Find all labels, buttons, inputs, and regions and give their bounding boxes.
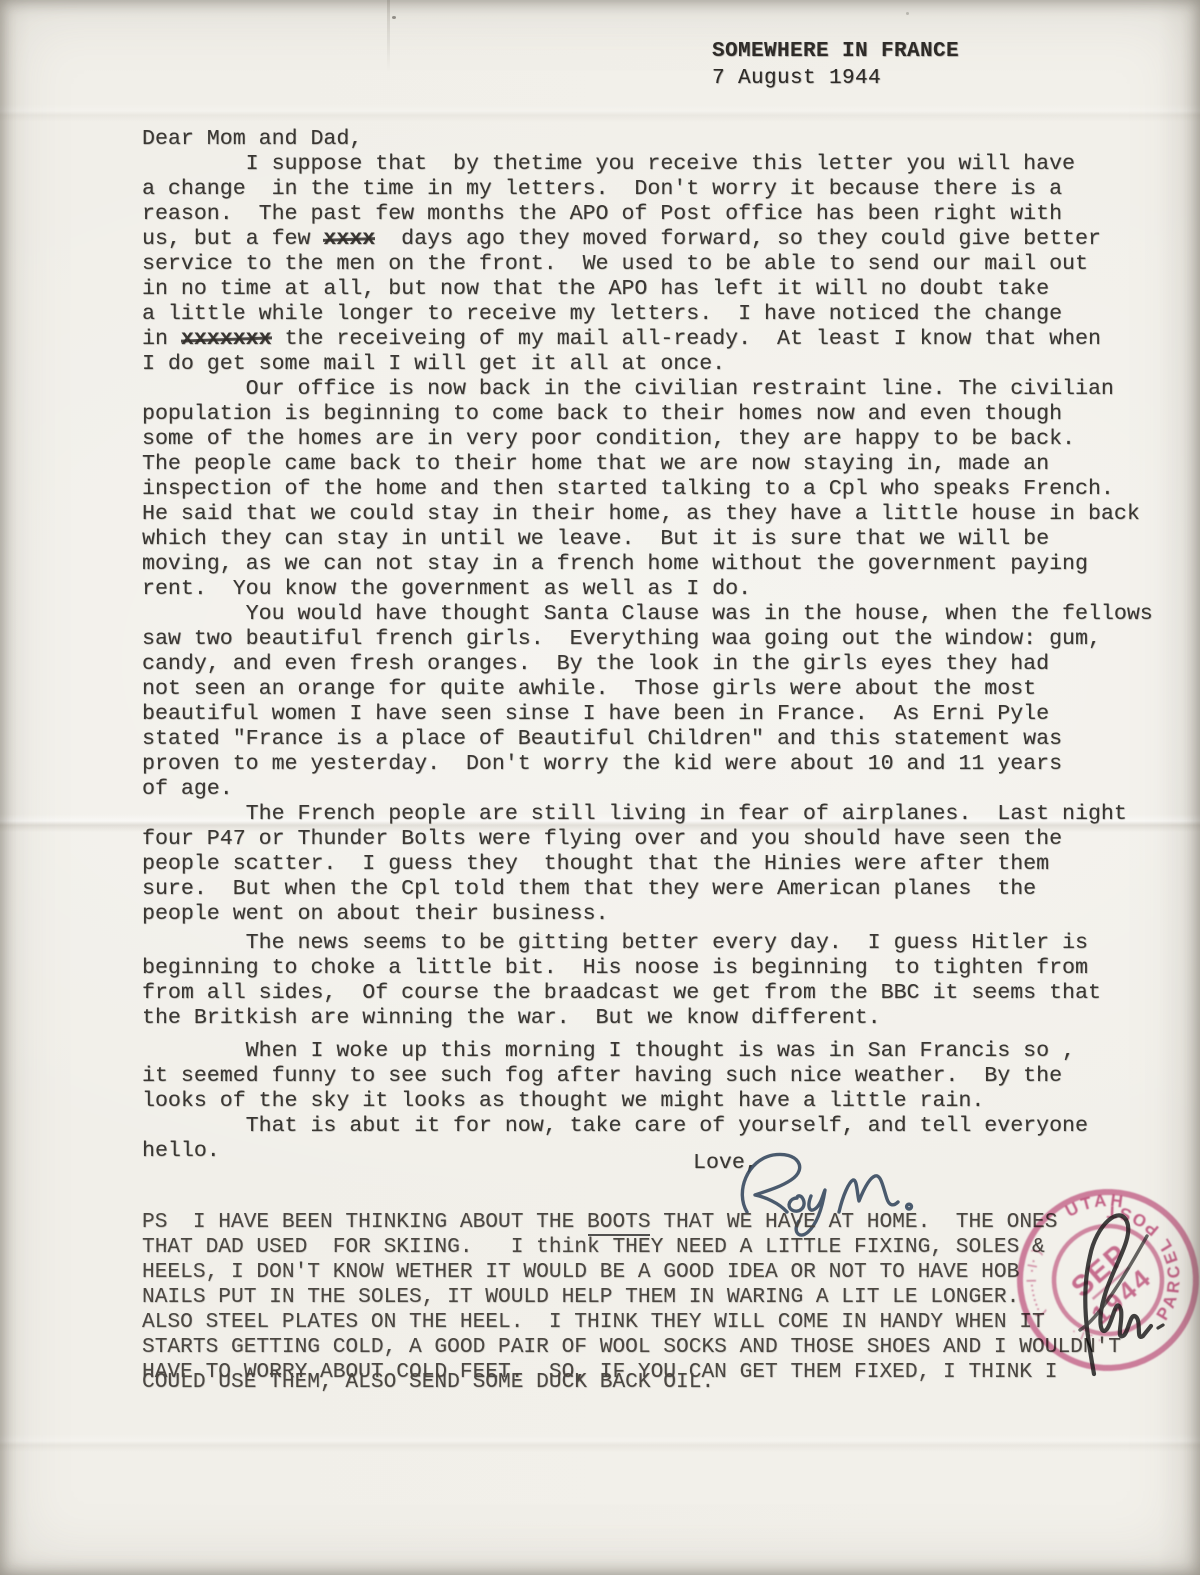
letter-line: When I woke up this morning I thought is… <box>142 1039 1153 1064</box>
letter-heading: SOMEWHERE IN FRANCE 7 August 1944 <box>712 38 959 92</box>
parcel-post-stamp: (∙∙∙∙∙∙l ∙l∙ ) UTAH PARCEL POST ∙ IT ∙ S… <box>1008 1178 1200 1393</box>
ps-line: NAILS PUT IN THE SOLES, IT WOULD HELP TH… <box>142 1285 1121 1310</box>
letter-line: looks of the sky it looks as thought we … <box>142 1089 1153 1114</box>
letter-line: I suppose that by thetime you receive th… <box>142 152 1153 177</box>
letter-line: stated "France is a place of Beautiful C… <box>142 727 1153 752</box>
letter-line: candy, and even fresh oranges. By the lo… <box>142 652 1153 677</box>
letter-line: from all sides, Of course the braadcast … <box>142 981 1153 1006</box>
letter-line: the Britkish are winning the war. But we… <box>142 1006 1153 1031</box>
letter-line: sure. But when the Cpl told them that th… <box>142 877 1153 902</box>
heading-location: SOMEWHERE IN FRANCE <box>712 38 959 65</box>
letter-line: The news seems to be gitting better ever… <box>142 931 1153 956</box>
ps-line: HEELS, I DON'T KNOW WETHER IT WOULD BE A… <box>142 1260 1121 1285</box>
letter-line: some of the homes are in very poor condi… <box>142 427 1153 452</box>
ps-line: STARTS GETTING COLD, A GOOD PAIR OF WOOL… <box>142 1335 1121 1360</box>
letter-line: beautiful women I have seen sinse I have… <box>142 702 1153 727</box>
letter-line: four P47 or Thunder Bolts were flying ov… <box>142 827 1153 852</box>
letter-line: beginning to choke a little bit. His noo… <box>142 956 1153 981</box>
letter-body: I suppose that by thetime you receive th… <box>142 152 1153 1164</box>
letter-line: He said that we could stay in their home… <box>142 502 1153 527</box>
letter-line: service to the men on the front. We used… <box>142 252 1153 277</box>
letter-scan-page: SOMEWHERE IN FRANCE 7 August 1944 Dear M… <box>0 0 1200 1575</box>
letter-line: it seemed funny to see such fog after ha… <box>142 1064 1153 1089</box>
letter-line: people scatter. I guess they thought tha… <box>142 852 1153 877</box>
letter-line: us, but a few xxxx days ago they moved f… <box>142 227 1153 252</box>
letter-line: which they can stay in until we leave. B… <box>142 527 1153 552</box>
fold-crease-bottom <box>0 1434 1200 1452</box>
fold-crease-top <box>0 104 1200 122</box>
letter-line: The French people are still living in fe… <box>142 802 1153 827</box>
letter-line: rent. You know the government as well as… <box>142 577 1153 602</box>
paper-speck <box>392 16 396 19</box>
letter-line: in no time at all, but now that the APO … <box>142 277 1153 302</box>
letter-line: people went on about their business. <box>142 902 1153 927</box>
letter-line: in xxxxxxx the receiveing of my mail all… <box>142 327 1153 352</box>
letter-line: saw two beautiful french girls. Everythi… <box>142 627 1153 652</box>
salutation: Dear Mom and Dad, <box>142 127 362 152</box>
paper-speck <box>906 12 909 15</box>
letter-line: proven to me yesterday. Don't worry the … <box>142 752 1153 777</box>
letter-line: I do get some mail I will get it all at … <box>142 352 1153 377</box>
letter-line: The people came back to their home that … <box>142 452 1153 477</box>
letter-line: a little while longer to receive my lett… <box>142 302 1153 327</box>
ps-line: PS I HAVE BEEN THINKING ABOUT THE BOOTS … <box>142 1210 1121 1235</box>
letter-line: not seen an orange for quite awhile. Tho… <box>142 677 1153 702</box>
letter-line: inspection of the home and then started … <box>142 477 1153 502</box>
letter-line: reason. The past few months the APO of P… <box>142 202 1153 227</box>
letter-line: moving, as we can not stay in a french h… <box>142 552 1153 577</box>
fold-crease-vertical <box>387 0 390 72</box>
letter-line: You would have thought Santa Clause was … <box>142 602 1153 627</box>
letter-postscript: PS I HAVE BEEN THINKING ABOUT THE BOOTS … <box>142 1210 1121 1395</box>
ps-line: THAT DAD USED FOR SKIING. I think THEY N… <box>142 1235 1121 1260</box>
letter-line: Our office is now back in the civilian r… <box>142 377 1153 402</box>
letter-line: That is abut it for now, take care of yo… <box>142 1114 1153 1139</box>
letter-line: population is beginning to come back to … <box>142 402 1153 427</box>
ps-line: ALSO STEEL PLATES ON THE HEEL. I THINK T… <box>142 1310 1121 1335</box>
letter-line: a change in the time in my letters. Don'… <box>142 177 1153 202</box>
letter-line: of age. <box>142 777 1153 802</box>
heading-date: 7 August 1944 <box>712 65 959 92</box>
letter-line: hello. <box>142 1139 1153 1164</box>
